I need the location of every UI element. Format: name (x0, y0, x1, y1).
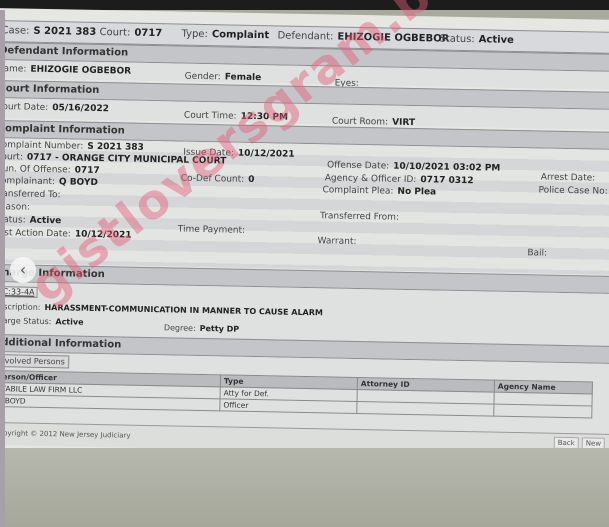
involved-persons-table: Person/Officer Type Attorney ID Agency N… (0, 370, 593, 419)
defendant-field: Defendant:EHIZOGIE OGBEBOR (277, 30, 449, 44)
court-time-field: Court Time:12:30 PM (184, 111, 288, 123)
court-field: Court:0717 (99, 27, 162, 39)
involved-persons-tab[interactable]: Involved Persons (0, 354, 69, 368)
case-field: Case:S 2021 383 (1, 25, 96, 38)
status-field: Status:Active (0, 215, 61, 226)
top-bezel (0, 0, 609, 10)
agency-officer-field: Agency & Officer ID:0717 0312 (325, 173, 474, 186)
charge-status-field: Charge Status:Active (0, 316, 84, 327)
case-record-page: Case:S 2021 383 Court:0717 Type:Complain… (0, 8, 609, 460)
co-def-count-field: Co-Def Count:0 (181, 174, 255, 185)
screen-bezel-bottom (0, 448, 609, 527)
offense-date-field: Offense Date:10/10/2021 03:02 PM (327, 160, 500, 173)
degree-field: Degree:Petty DP (164, 323, 239, 333)
arrest-date-field: Arrest Date: (541, 172, 600, 183)
reason-field: Reason: (0, 202, 34, 213)
status-field: Status:Active (439, 34, 514, 46)
time-payment-field: Time Payment: (178, 225, 250, 236)
additional-info-body: Involved Persons Person/Officer Type Att… (0, 352, 609, 434)
type-field: Type:Complaint (181, 29, 269, 42)
left-bezel (0, 10, 5, 527)
police-case-field: Police Case No: (539, 185, 609, 196)
complaint-plea-field: Complaint Plea:No Plea (322, 185, 436, 197)
warrant-field: Warrant: (317, 236, 360, 247)
last-action-date-field: Last Action Date:10/12/2021 (0, 228, 132, 241)
statute-link[interactable]: 2C:33-4A (0, 286, 38, 298)
gender-field: Gender:Female (185, 72, 262, 83)
mun-of-offense-field: Mun. Of Offense:0717 (0, 164, 100, 176)
court-date-field: Court Date:05/16/2022 (0, 102, 109, 114)
description-field: Description:HARASSMENT-COMMUNICATION IN … (0, 302, 323, 317)
complaint-number-field: Complaint Number:S 2021 383 (0, 140, 144, 153)
complaint-info-body: Complaint Number:S 2021 383 Issue Date:1… (0, 138, 609, 275)
complainant-field: Complainant:Q BOYD (0, 176, 98, 188)
transferred-to-field: Transferred To: (0, 189, 65, 200)
copyright-text: Copyright © 2012 New Jersey Judiciary (0, 429, 131, 440)
bail-field: Bail: (527, 248, 551, 258)
transferred-from-field: Transferred From: (320, 211, 403, 223)
back-arrow-icon[interactable]: ‹ (10, 257, 36, 283)
name-field: Name:EHIZOGIE OGBEBOR (0, 64, 131, 77)
